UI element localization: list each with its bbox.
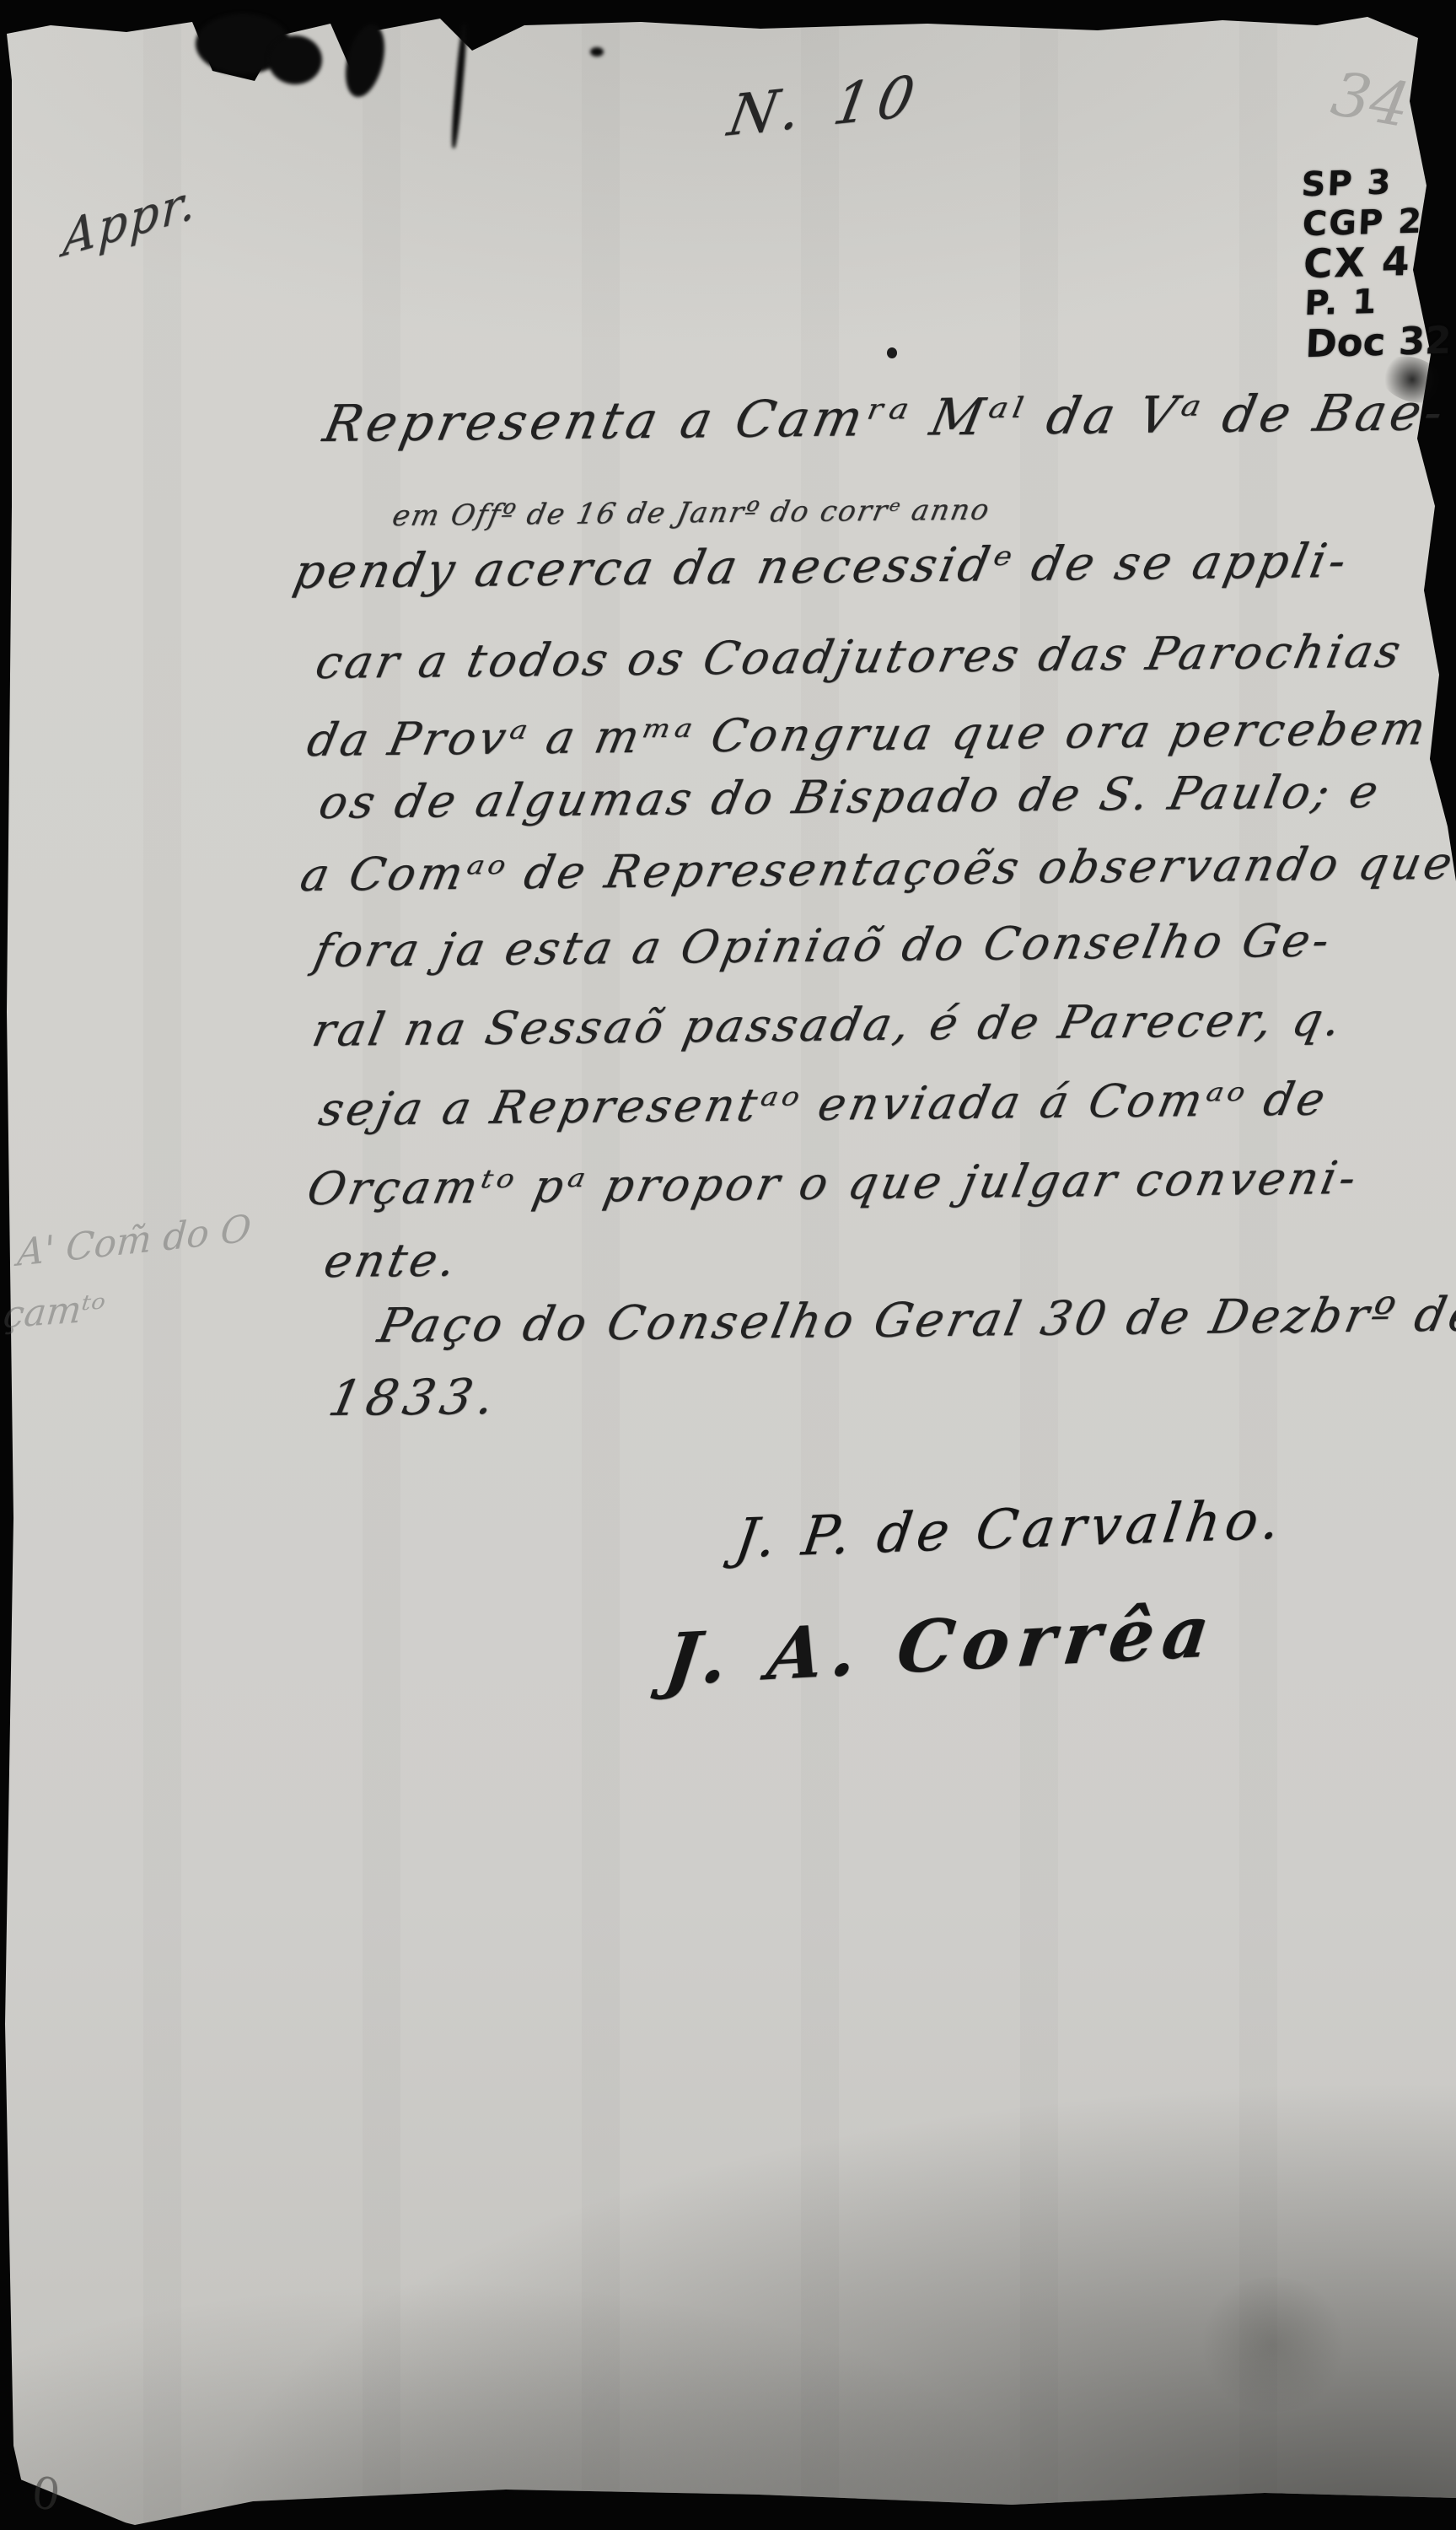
torn-edge-spot bbox=[590, 47, 604, 57]
archival-code-sp: SP 3 bbox=[1301, 162, 1448, 206]
manuscript-line: pendy acerca da necessidᵉ de se appli- bbox=[289, 534, 1354, 600]
paper-sheet bbox=[0, 0, 1456, 2530]
paper-stain bbox=[1197, 2277, 1349, 2412]
manuscript-line: Orçamᵗᵒ pᵃ propor o que julgar conveni- bbox=[303, 1151, 1363, 1215]
scanned-manuscript-page: N. 10 Appr. 34 SP 3 CGP 2 CX 4 P. 1 Doc … bbox=[0, 0, 1456, 2530]
archival-code-cx: CX 4 bbox=[1303, 241, 1450, 285]
manuscript-line: fora ja esta a Opiniaõ do Conselho Ge- bbox=[309, 913, 1337, 977]
archival-code-cgp: CGP 2 bbox=[1302, 202, 1449, 245]
ink-dot bbox=[887, 347, 897, 358]
manuscript-dateline: Paço do Conselho Geral 30 de Dezbrº de bbox=[373, 1287, 1456, 1354]
manuscript-line: ral na Sessaõ passada, é de Parecer, q. bbox=[308, 993, 1349, 1057]
manuscript-line: seja a Representᵃᵒ enviada á Comᵃᵒ de bbox=[314, 1073, 1333, 1136]
archival-code-doc: Doc 32 bbox=[1304, 320, 1452, 364]
pencil-folio-number: 34 bbox=[1326, 58, 1415, 142]
manuscript-line: ente. bbox=[320, 1233, 464, 1288]
archival-code-block: SP 3 CGP 2 CX 4 P. 1 Doc 32 bbox=[1301, 162, 1452, 363]
manuscript-interline-insertion: em Offº de 16 de Janrº do corrᵉ anno bbox=[390, 493, 994, 533]
manuscript-year: 1833. bbox=[324, 1368, 505, 1427]
manuscript-line: Representa a Camʳᵃ Mᵃˡ da Vᵃ de Bae- bbox=[319, 383, 1452, 454]
margin-note: çamᵗᵒ bbox=[1, 1287, 107, 1338]
manuscript-line: os de algumas do Bispado de S. Paulo; e bbox=[314, 765, 1386, 829]
torn-edge-spot bbox=[268, 35, 322, 84]
